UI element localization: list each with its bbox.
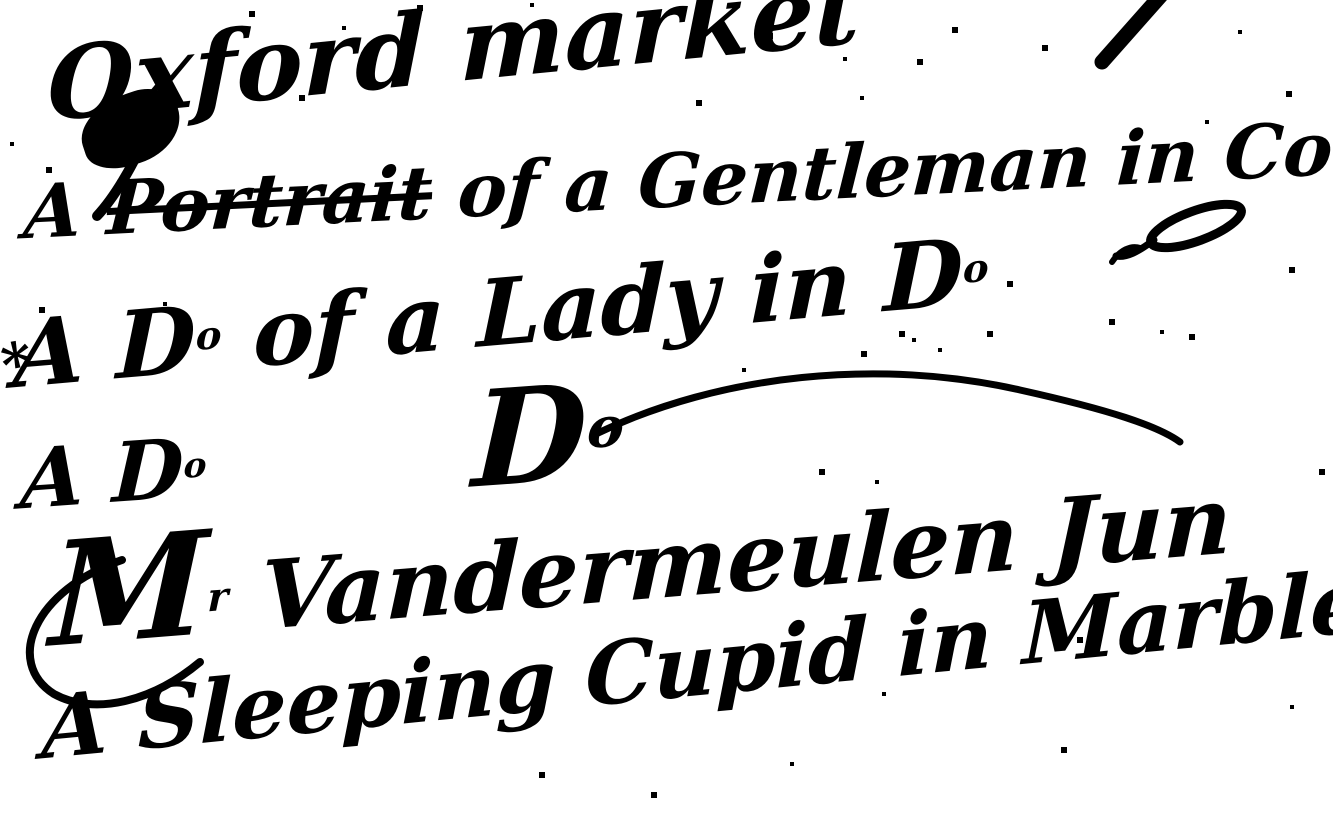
ink-specks [0, 0, 4, 4]
clipped-stroke-top-right [1102, 0, 1164, 62]
flourish-strokes [0, 0, 1333, 821]
manuscript-page: Oxford market A Portrait of a Gentleman … [0, 0, 1333, 821]
oxford-x-descender [97, 122, 152, 216]
m-leadin-swash [30, 560, 200, 704]
tail-loop-right [1146, 195, 1246, 256]
ditto-flourish-arc [596, 374, 1180, 442]
